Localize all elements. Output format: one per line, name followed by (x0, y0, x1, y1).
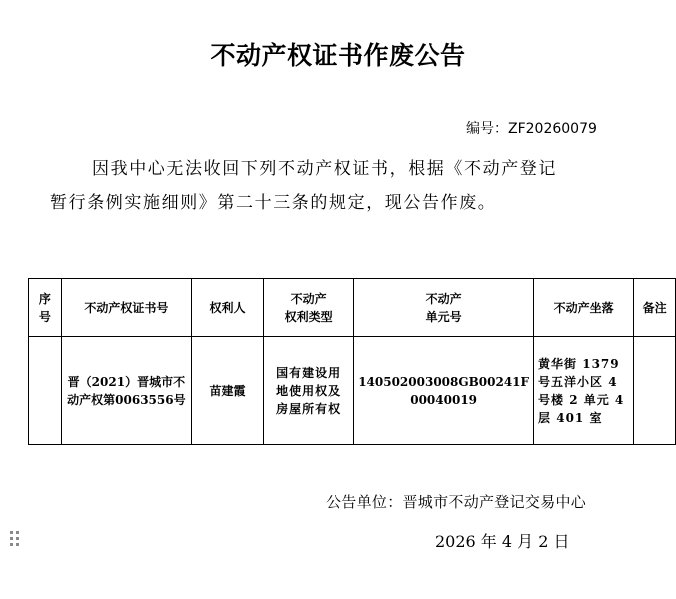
cell-cert-no: 晋（2021）晋城市不动产权第0063556号 (61, 337, 191, 445)
header-remark: 备注 (634, 279, 676, 337)
header-unit-no: 不动产单元号 (354, 279, 534, 337)
cell-unit-no: 140502003008GB00241F00040019 (354, 337, 534, 445)
paragraph-line-1: 因我中心无法收回下列不动产权证书，根据《不动产登记 (50, 152, 640, 186)
cell-right-type: 国有建设用地使用权及房屋所有权 (264, 337, 354, 445)
paragraph-line-2: 暂行条例实施细则》第二十三条的规定，现公告作废。 (50, 186, 640, 220)
header-location: 不动产坐落 (534, 279, 634, 337)
certificate-table: 序号 不动产权证书号 权利人 不动产权利类型 不动产单元号 不动产坐落 备注 晋… (28, 278, 676, 445)
issue-date: 2026 年 4 月 2 日 (435, 529, 570, 552)
issuing-unit: 公告单位：晋城市不动产登记交易中心 (326, 491, 586, 512)
page-title: 不动产权证书作废公告 (0, 36, 676, 72)
document-number: 编号：ZF20260079 (466, 118, 597, 138)
cell-location: 黄华街 1379号五洋小区 4号楼 2 单元 4层 401 室 (534, 337, 634, 445)
table-header-row: 序号 不动产权证书号 权利人 不动产权利类型 不动产单元号 不动产坐落 备注 (29, 279, 676, 337)
notice-paragraph: 因我中心无法收回下列不动产权证书，根据《不动产登记 暂行条例实施细则》第二十三条… (50, 152, 640, 220)
header-right-type: 不动产权利类型 (264, 279, 354, 337)
drag-handle-icon[interactable] (10, 531, 22, 549)
cell-remark (634, 337, 676, 445)
cell-holder: 苗建霞 (191, 337, 263, 445)
header-index: 序号 (29, 279, 62, 337)
header-cert-no: 不动产权证书号 (61, 279, 191, 337)
cell-index (29, 337, 62, 445)
header-holder: 权利人 (191, 279, 263, 337)
table-row: 晋（2021）晋城市不动产权第0063556号 苗建霞 国有建设用地使用权及房屋… (29, 337, 676, 445)
